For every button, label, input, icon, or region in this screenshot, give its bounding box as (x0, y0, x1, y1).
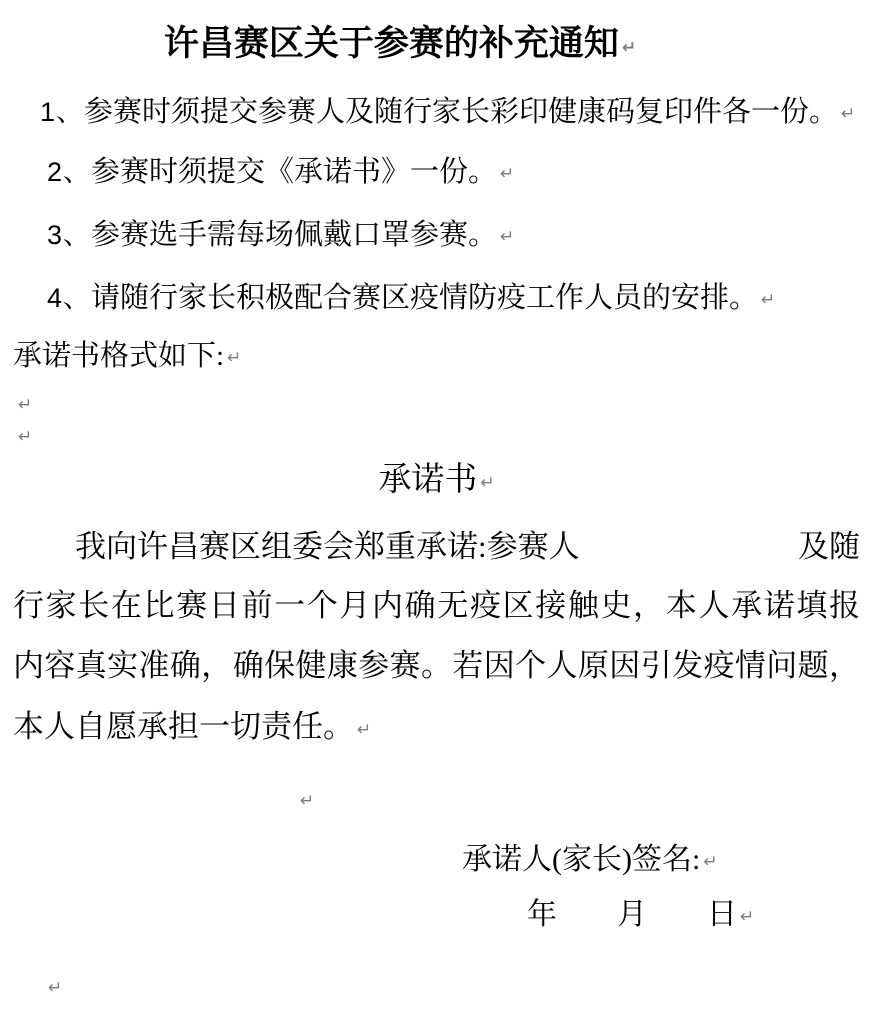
paragraph-mark-icon: ↵ (357, 720, 371, 740)
paragraph-mark-icon: ↵ (622, 38, 636, 58)
date-year-label: 年 (527, 898, 557, 931)
paragraph-mark-icon: ↵ (761, 290, 775, 310)
format-intro-text: 承诺书格式如下: (13, 340, 224, 372)
commitment-line-4: 本人自愿承担一切责任。↵ (13, 709, 860, 748)
document-title-text: 许昌赛区关于参赛的补充通知 (164, 24, 619, 63)
commitment-line-4-text: 本人自愿承担一切责任。 (13, 709, 354, 744)
commitment-line-3: 内容真实准确，确保健康参赛。若因个人原因引发疫情问题， (13, 648, 860, 684)
notice-item-1: 1、参赛时须提交参赛人及随行家长彩印健康码复印件各一份。↵ (40, 96, 855, 131)
signature-label: 承诺人(家长)签名: (462, 843, 700, 876)
paragraph-mark-icon: ↵ (740, 907, 754, 927)
notice-item-4: 4、请随行家长积极配合赛区疫情防疫工作人员的安排。↵ (47, 282, 775, 317)
format-intro: 承诺书格式如下:↵ (13, 340, 241, 375)
paragraph-mark-icon: ↵ (500, 164, 514, 184)
item-text: 请随行家长积极配合赛区疫情防疫工作人员的安排。 (91, 282, 758, 314)
item-text: 参赛时须提交参赛人及随行家长彩印健康码复印件各一份。 (84, 96, 838, 128)
document-title: 许昌赛区关于参赛的补充通知↵ (0, 24, 800, 68)
document-page: 许昌赛区关于参赛的补充通知↵ 1、参赛时须提交参赛人及随行家长彩印健康码复印件各… (0, 0, 873, 1027)
commitment-line-1-lead: 我向许昌赛区组委会郑重承诺:参赛人 (13, 529, 580, 565)
item-text: 参赛选手需每场佩戴口罩参赛。 (91, 219, 497, 251)
paragraph-mark-icon: ↵ (18, 427, 32, 447)
paragraph-mark-icon: ↵ (500, 227, 514, 247)
commitment-heading-text: 承诺书 (378, 462, 477, 498)
commitment-line-1: 我向许昌赛区组委会郑重承诺:参赛人 及随 (13, 529, 860, 565)
date-line: 年月日↵ (527, 897, 754, 935)
item-text: 参赛时须提交《承诺书》一份。 (91, 156, 497, 188)
item-number: 1、 (40, 97, 84, 127)
paragraph-mark-icon: ↵ (841, 104, 855, 124)
paragraph-mark-icon: ↵ (300, 791, 314, 811)
paragraph-mark-icon: ↵ (18, 395, 32, 415)
paragraph-mark-icon: ↵ (48, 978, 62, 998)
signature-line: 承诺人(家长)签名:↵ (462, 842, 718, 880)
item-number: 4、 (47, 283, 91, 313)
notice-item-2: 2、参赛时须提交《承诺书》一份。↵ (47, 156, 514, 191)
paragraph-mark-icon: ↵ (703, 852, 717, 872)
date-day-label: 日 (707, 897, 737, 933)
paragraph-mark-icon: ↵ (227, 348, 241, 368)
commitment-line-1-tail: 及随 (798, 529, 860, 565)
date-month-label: 月 (617, 897, 647, 933)
item-number: 2、 (47, 157, 91, 187)
paragraph-mark-icon: ↵ (480, 473, 494, 493)
item-number: 3、 (47, 220, 91, 250)
commitment-line-2: 行家长在比赛日前一个月内确无疫区接触史，本人承诺填报 (13, 588, 860, 624)
notice-item-3: 3、参赛选手需每场佩戴口罩参赛。↵ (47, 219, 514, 254)
commitment-heading: 承诺书↵ (0, 461, 873, 502)
